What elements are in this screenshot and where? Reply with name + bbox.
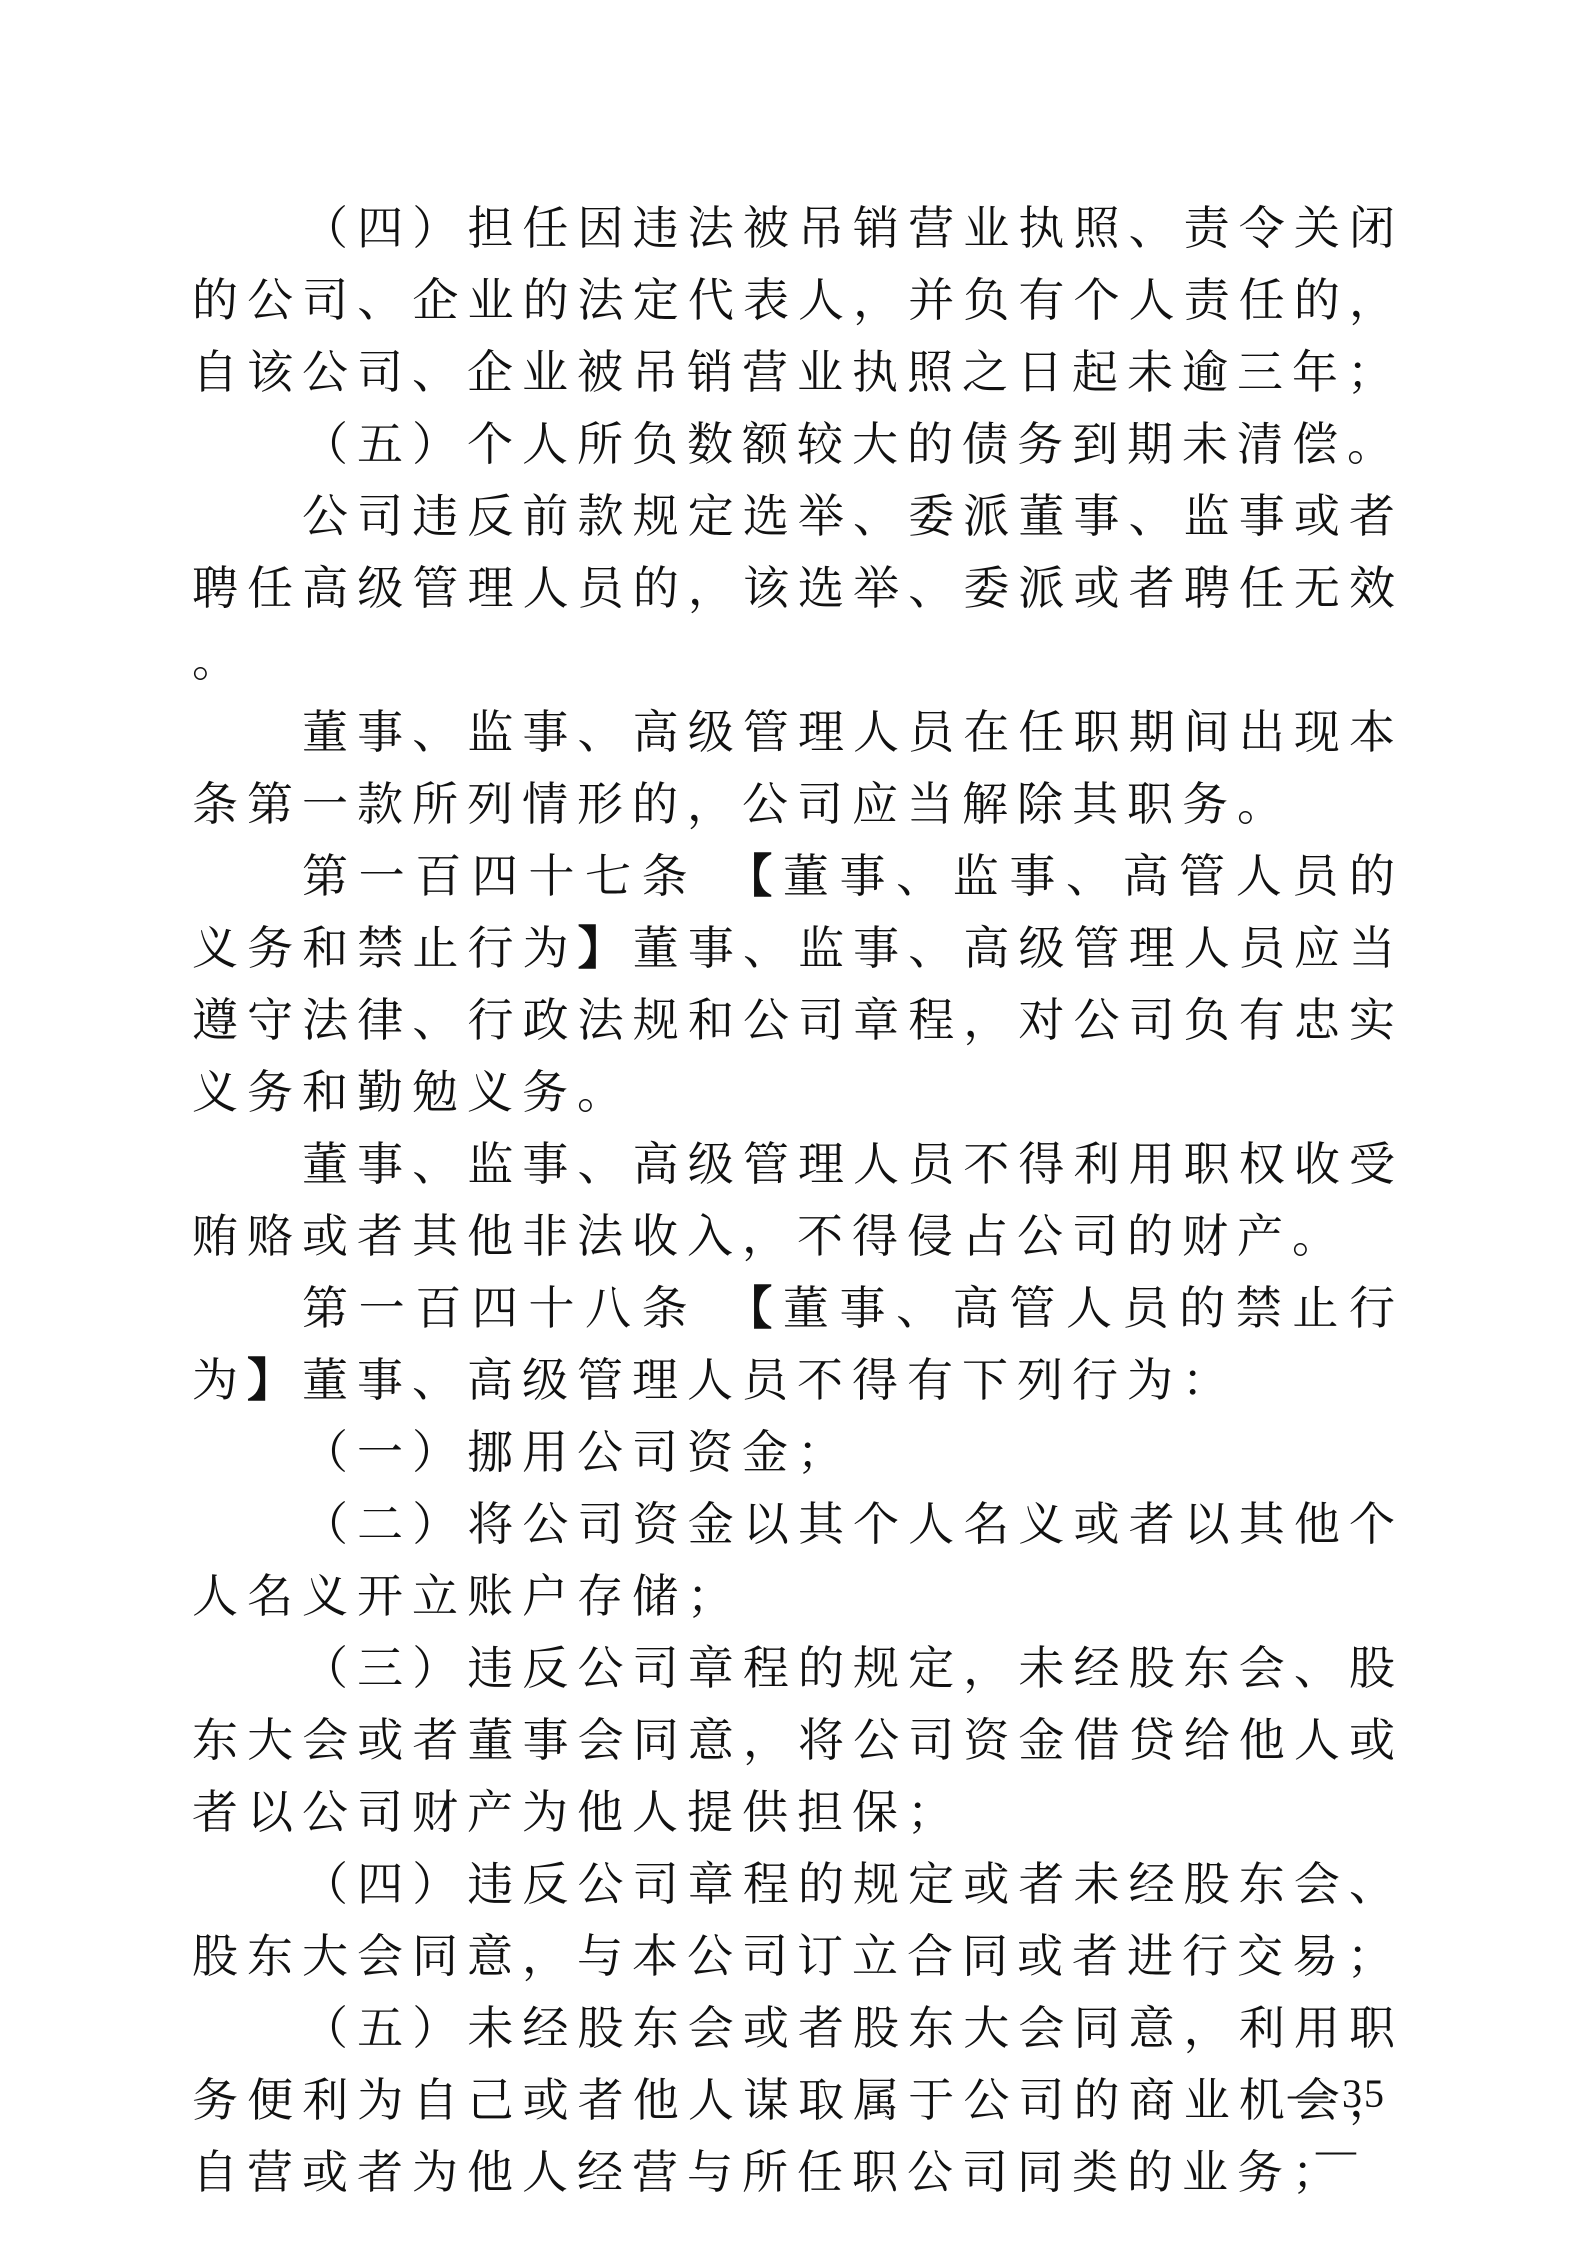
title-bracket-open: 【	[726, 1281, 783, 1335]
article-body: 董事、高级管理人员不得有下列行为：	[302, 1353, 1237, 1407]
article-148: 第一百四十八条【董事、高管人员的禁止行为】董事、高级管理人员不得有下列行为：	[192, 1272, 1404, 1416]
paragraph-item-5-debt: （五）个人所负数额较大的债务到期未清偿。	[192, 408, 1404, 480]
list-item-3: （三）违反公司章程的规定，未经股东会、股东大会或者董事会同意，将公司资金借贷给他…	[192, 1632, 1404, 1848]
title-bracket-close: 】	[247, 1353, 302, 1407]
document-page: （四）担任因违法被吊销营业执照、责令关闭的公司、企业的法定代表人，并负有个人责任…	[192, 192, 1404, 2208]
list-item-4: （四）违反公司章程的规定或者未经股东会、股东大会同意，与本公司订立合同或者进行交…	[192, 1848, 1404, 1992]
article-147: 第一百四十七条【董事、监事、高管人员的义务和禁止行为】董事、监事、高级管理人员应…	[192, 840, 1404, 1128]
article-number: 第一百四十七条	[302, 849, 698, 903]
page-number: — 35 —	[1262, 2066, 1412, 2178]
list-item-2: （二）将公司资金以其个人名义或者以其他个人名义开立账户存储；	[192, 1488, 1404, 1632]
list-item-1: （一）挪用公司资金；	[192, 1416, 1404, 1488]
article-number: 第一百四十八条	[302, 1281, 698, 1335]
title-bracket-open: 【	[726, 849, 783, 903]
paragraph-item-4-disqualification: （四）担任因违法被吊销营业执照、责令关闭的公司、企业的法定代表人，并负有个人责任…	[192, 192, 1404, 408]
paragraph-invalid-appointment: 公司违反前款规定选举、委派董事、监事或者聘任高级管理人员的，该选举、委派或者聘任…	[192, 480, 1404, 696]
title-bracket-close: 】	[578, 921, 633, 975]
paragraph-no-bribery: 董事、监事、高级管理人员不得利用职权收受贿赂或者其他非法收入，不得侵占公司的财产…	[192, 1128, 1404, 1272]
list-item-5: （五）未经股东会或者股东大会同意，利用职务便利为自己或者他人谋取属于公司的商业机…	[192, 1992, 1404, 2208]
paragraph-dismissal: 董事、监事、高级管理人员在任职期间出现本条第一款所列情形的，公司应当解除其职务。	[192, 696, 1404, 840]
